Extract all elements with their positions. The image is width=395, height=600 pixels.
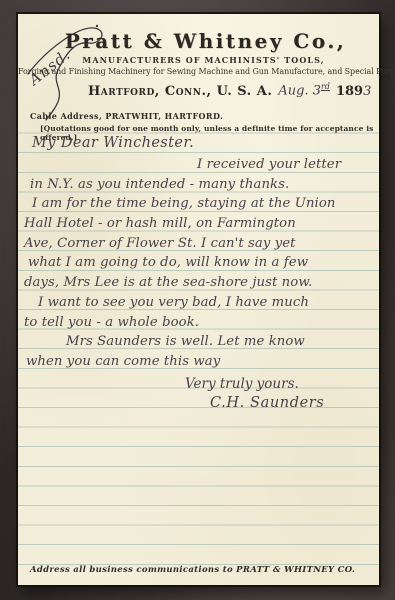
cable-address: Cable Address, PRATWHIT, HARTFORD. <box>30 111 223 121</box>
handwritten-date-main: Aug. 3 <box>278 83 321 98</box>
letterhead-subtitle: MANUFACTURERS OF MACHINISTS' TOOLS, <box>18 55 379 65</box>
body-line: I want to see you very bad, I have much <box>38 293 377 313</box>
dateline-place: Hartford, Conn., U. S. A. <box>88 84 272 99</box>
body-line: in N.Y. as you intended - many thanks. <box>30 175 377 195</box>
salutation: My Dear Winchester. <box>32 135 194 151</box>
body-line: Mrs Saunders is well. Let me know <box>66 332 377 352</box>
body-line: what I am going to do, will know in a fe… <box>28 253 377 273</box>
body-line: days, Mrs Lee is at the sea-shore just n… <box>24 273 377 293</box>
closing: Very truly yours. <box>185 376 299 392</box>
body-line: Ave, Corner of Flower St. I can't say ye… <box>24 234 377 254</box>
scanned-letter: Ansd. Pratt & Whitney Co., MANUFACTURERS… <box>0 0 395 600</box>
dateline: Hartford, Conn., U. S. A. Aug. 3rd 1893 <box>88 82 367 106</box>
year-handwritten: 3 <box>363 84 371 99</box>
year: 1893 <box>336 84 371 99</box>
year-printed: 189 <box>336 84 363 99</box>
letterhead-tagline: Forging and Finishing Machinery for Sewi… <box>18 67 379 76</box>
body-line: when you can come this way <box>26 352 377 372</box>
letter-body: I received your letter in N.Y. as you in… <box>22 155 377 372</box>
letter-paper: Ansd. Pratt & Whitney Co., MANUFACTURERS… <box>18 14 379 585</box>
body-line: I received your letter <box>197 155 377 175</box>
signature: C.H. Saunders <box>210 395 324 411</box>
footer-note: Address all business communications to P… <box>30 565 355 575</box>
company-name: Pratt & Whitney Co., <box>18 29 379 53</box>
body-line: I am for the time being, staying at the … <box>32 194 377 214</box>
handwritten-date: Aug. 3rd <box>278 82 330 98</box>
body-line: Hall Hotel - or hash mill, on Farmington <box>24 214 377 234</box>
handwritten-date-suffix: rd <box>321 82 330 91</box>
body-line: to tell you - a whole book. <box>24 313 377 333</box>
